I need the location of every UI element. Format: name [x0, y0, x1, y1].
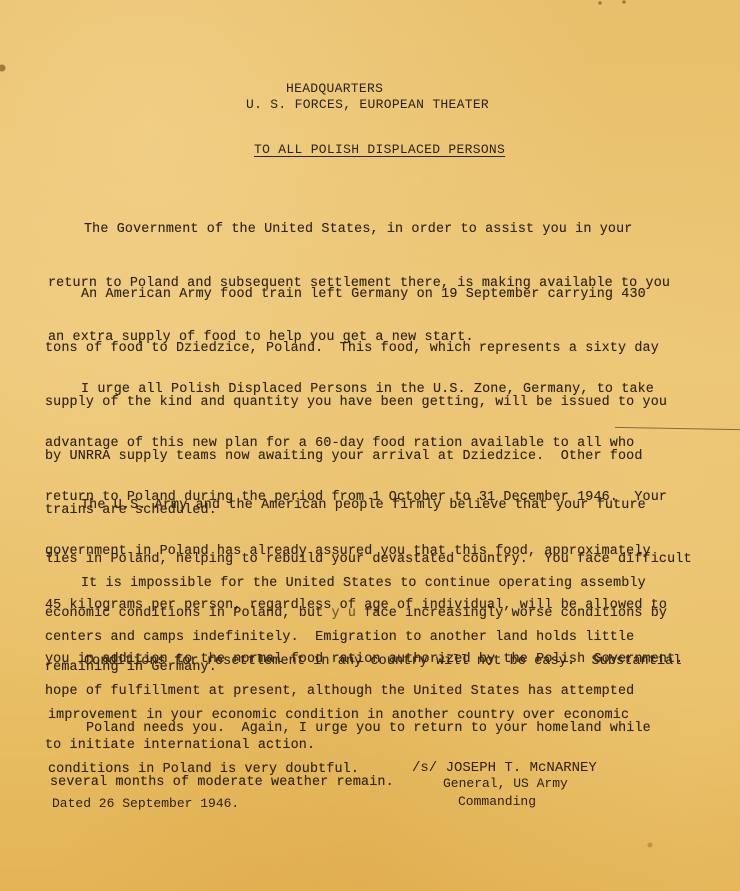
- paragraph-line: It is impossible for the United States t…: [45, 575, 646, 593]
- paragraph-line: The U.S. Army and the American people fi…: [45, 497, 692, 515]
- paragraph-line: Conditions for resettlement in any count…: [48, 653, 682, 671]
- signature-rank: General, US Army: [443, 776, 568, 792]
- document-title: TO ALL POLISH DISPLACED PERSONS: [254, 142, 505, 157]
- dated-line: Dated 26 September 1946.: [52, 796, 239, 812]
- paragraph-line: I urge all Polish Displaced Persons in t…: [45, 381, 683, 399]
- paragraph-line: An American Army food train left Germany…: [45, 286, 667, 304]
- header-headquarters: HEADQUARTERS: [286, 81, 383, 96]
- signature-role: Commanding: [458, 794, 536, 810]
- signature-name: /s/ JOSEPH T. McNARNEY: [412, 760, 597, 776]
- paragraph-line: advantage of this new plan for a 60-day …: [45, 435, 683, 453]
- header-forces: U. S. FORCES, EUROPEAN THEATER: [246, 97, 489, 112]
- document-page: HEADQUARTERS U. S. FORCES, EUROPEAN THEA…: [0, 0, 740, 891]
- paragraph-line: Poland needs you. Again, I urge you to r…: [50, 720, 651, 738]
- paragraph-line: The Government of the United States, in …: [48, 221, 670, 239]
